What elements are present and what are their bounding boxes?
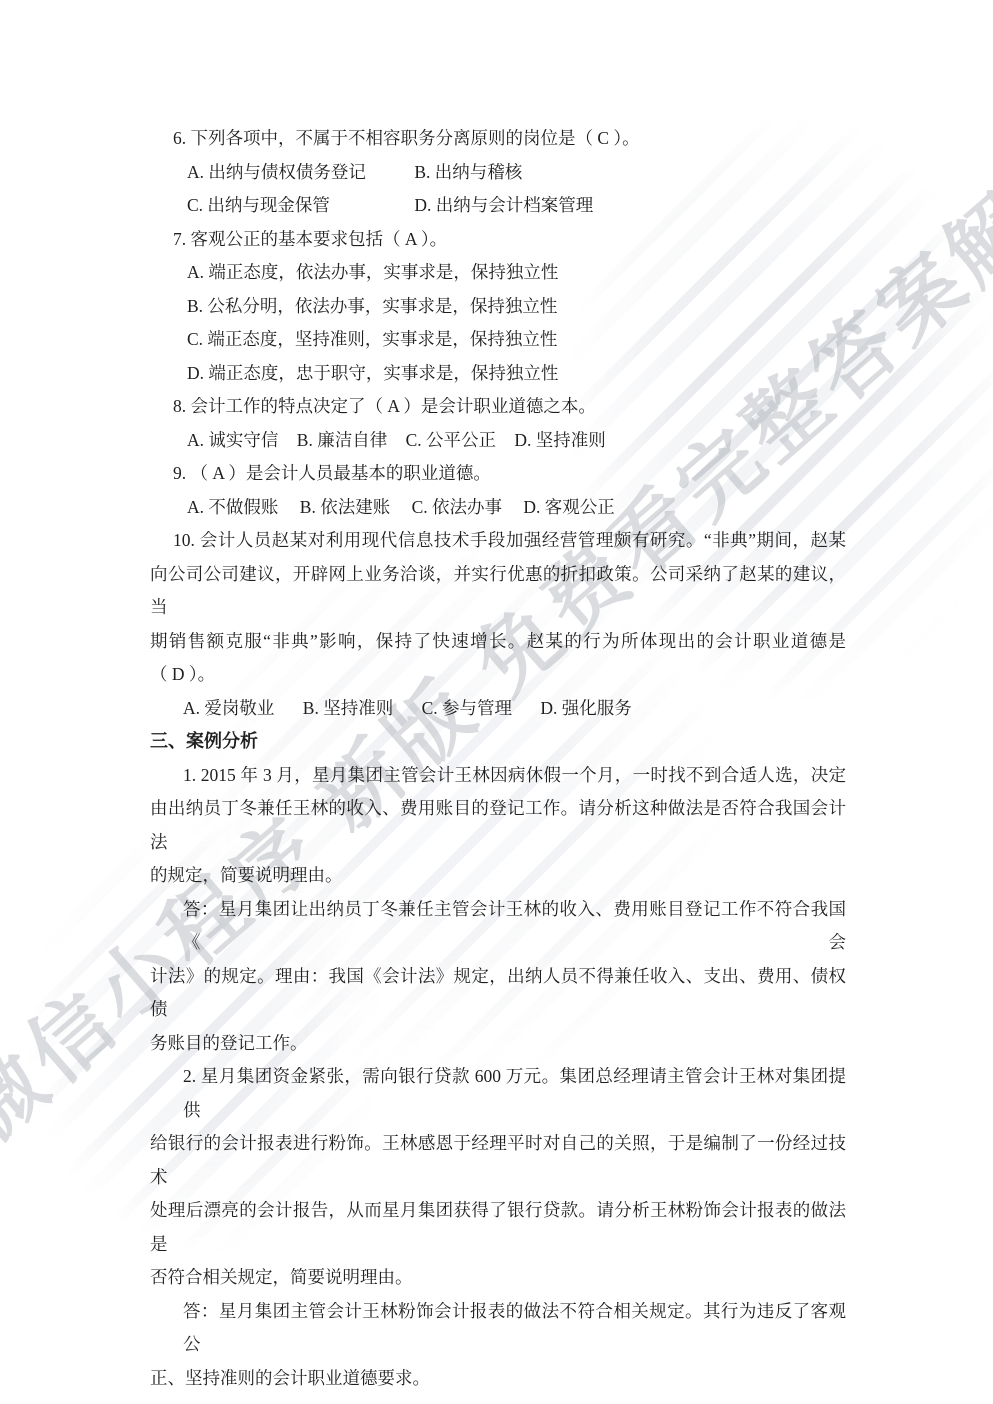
answer-1-line-1: 答：星月集团让出纳员丁冬兼任主管会计王林的收入、费用账目登记工作不符合我国《会 xyxy=(150,893,846,960)
question-9-option-d: D. 客观公正 xyxy=(523,497,614,517)
question-8-stem: 8. 会计工作的特点决定了（ A ）是会计职业道德之本。 xyxy=(150,390,846,424)
section-3-heading: 三、案例分析 xyxy=(150,725,846,759)
question-8-option-c: C. 公平公正 xyxy=(406,430,496,450)
question-6-option-a: A. 出纳与债权债务登记 xyxy=(187,156,410,190)
case-1-line-1: 1. 2015 年 3 月，星月集团主管会计王林因病休假一个月，一时找不到合适人… xyxy=(150,759,846,793)
answer-1-line-3: 务账目的登记工作。 xyxy=(150,1027,846,1061)
question-10-stem-line-4: （ D ）。 xyxy=(150,658,846,692)
answer-1-line-2: 计法》的规定。理由：我国《会计法》规定，出纳人员不得兼任收入、支出、费用、债权债 xyxy=(150,960,846,1027)
question-10-option-a: A. 爱岗敬业 xyxy=(183,698,274,718)
question-10-stem-line-2: 向公司公司建议，开辟网上业务洽谈，并实行优惠的折扣政策。公司采纳了赵某的建议，当 xyxy=(150,558,846,625)
answer-2-line-2: 正、坚持准则的会计职业道德要求。 xyxy=(150,1362,846,1396)
question-10-option-d: D. 强化服务 xyxy=(540,698,631,718)
question-10-stem-line-3: 期销售额克服“非典”影响，保持了快速增长。赵某的行为所体现出的会计职业道德是 xyxy=(150,625,846,659)
page-content: 6. 下列各项中，不属于不相容职务分离原则的岗位是（ C ）。 A. 出纳与债权… xyxy=(150,122,846,1395)
question-7-option-d: D. 端正态度，忠于职守，实事求是，保持独立性 xyxy=(150,357,846,391)
question-8-option-b: B. 廉洁自律 xyxy=(297,430,387,450)
question-9-option-b: B. 依法建账 xyxy=(300,497,390,517)
case-2-line-2: 给银行的会计报表进行粉饰。王林感恩于经理平时对自己的关照，于是编制了一份经过技术 xyxy=(150,1127,846,1194)
question-9-stem: 9. （ A ）是会计人员最基本的职业道德。 xyxy=(150,457,846,491)
question-9-options-row: A. 不做假账 B. 依法建账 C. 依法办事 D. 客观公正 xyxy=(150,491,846,525)
question-8-options-row: A. 诚实守信 B. 廉洁自律 C. 公平公正 D. 坚持准则 xyxy=(150,424,846,458)
case-1-line-3: 的规定，简要说明理由。 xyxy=(150,859,846,893)
question-7-option-b: B. 公私分明，依法办事，实事求是，保持独立性 xyxy=(150,290,846,324)
question-6-option-b: B. 出纳与稽核 xyxy=(414,162,522,182)
question-7-stem: 7. 客观公正的基本要求包括（ A ）。 xyxy=(150,223,846,257)
case-2-line-4: 否符合相关规定，简要说明理由。 xyxy=(150,1261,846,1295)
question-9-option-a: A. 不做假账 xyxy=(187,497,278,517)
question-10-option-c: C. 参与管理 xyxy=(422,698,512,718)
question-10-stem-line-1: 10. 会计人员赵某对利用现代信息技术手段加强经营管理颇有研究。“非典”期间，赵… xyxy=(150,524,846,558)
question-7-option-a: A. 端正态度，依法办事，实事求是，保持独立性 xyxy=(150,256,846,290)
question-9-option-c: C. 依法办事 xyxy=(412,497,502,517)
question-8-option-a: A. 诚实守信 xyxy=(187,430,278,450)
question-8-option-d: D. 坚持准则 xyxy=(514,430,605,450)
question-6-stem: 6. 下列各项中，不属于不相容职务分离原则的岗位是（ C ）。 xyxy=(150,122,846,156)
answer-2-line-1: 答：星月集团主管会计王林粉饰会计报表的做法不符合相关规定。其行为违反了客观公 xyxy=(150,1295,846,1362)
document-page: 微信小程序 新版 免费看完整答案解析 6. 下列各项中，不属于不相容职务分离原则… xyxy=(0,0,993,1404)
question-6-option-c: C. 出纳与现金保管 xyxy=(187,189,410,223)
question-10-options-row: A. 爱岗敬业 B. 坚持准则 C. 参与管理 D. 强化服务 xyxy=(150,692,846,726)
question-6-options-row-2: C. 出纳与现金保管 D. 出纳与会计档案管理 xyxy=(150,189,846,223)
question-7-option-c: C. 端正态度，坚持准则，实事求是，保持独立性 xyxy=(150,323,846,357)
question-6-option-d: D. 出纳与会计档案管理 xyxy=(414,195,593,215)
case-2-line-1: 2. 星月集团资金紧张，需向银行贷款 600 万元。集团总经理请主管会计王林对集… xyxy=(150,1060,846,1127)
case-2-line-3: 处理后漂亮的会计报告，从而星月集团获得了银行贷款。请分析王林粉饰会计报表的做法是 xyxy=(150,1194,846,1261)
question-6-options-row-1: A. 出纳与债权债务登记 B. 出纳与稽核 xyxy=(150,156,846,190)
case-1-line-2: 由出纳员丁冬兼任王林的收入、费用账目的登记工作。请分析这种做法是否符合我国会计法 xyxy=(150,792,846,859)
question-10-option-b: B. 坚持准则 xyxy=(303,698,393,718)
